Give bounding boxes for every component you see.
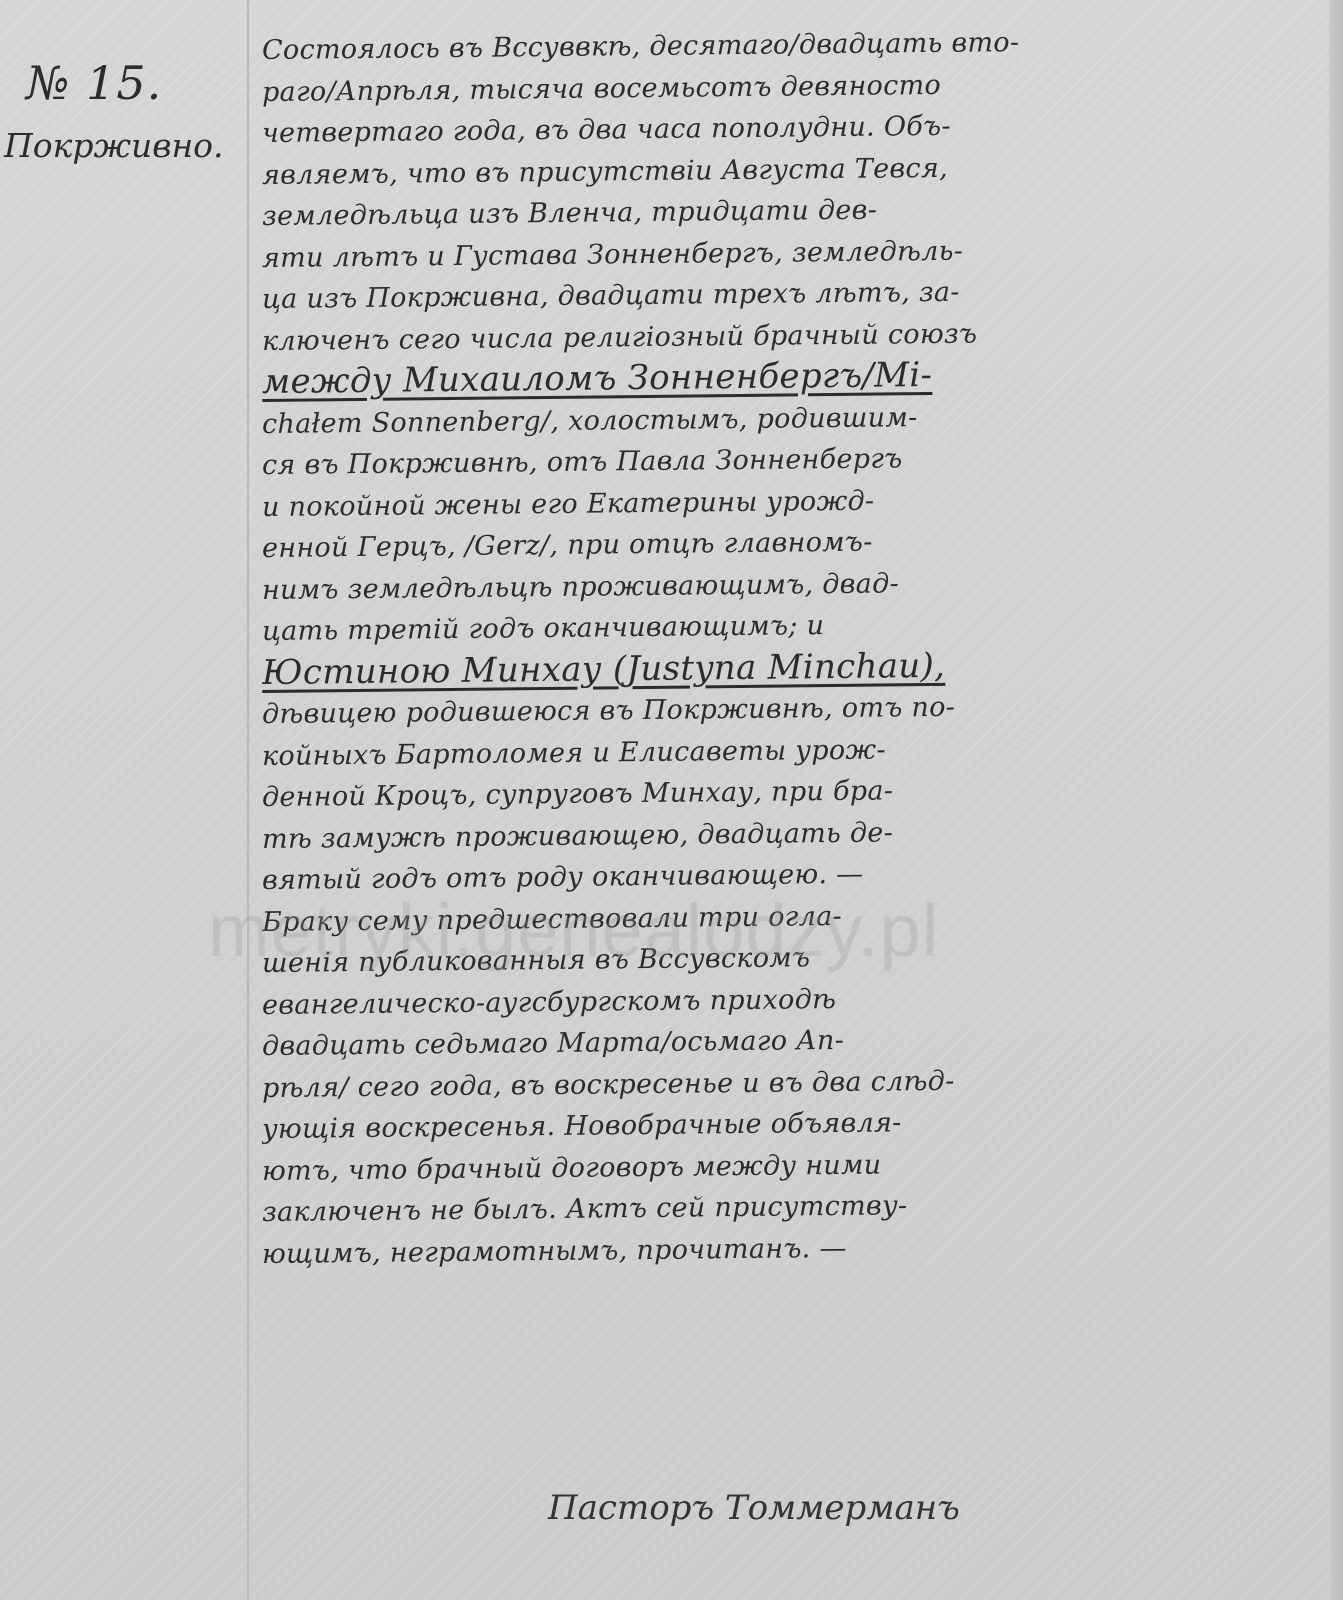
record-body: Состоялось въ Всcуввкѣ, десятаго/двадцат… — [262, 30, 1322, 1275]
record-page: № 15. Покрживно. Состоялось въ Всcуввкѣ,… — [0, 0, 1343, 1600]
page-edge — [1329, 0, 1343, 1600]
pastor-signature: Пасторъ Томмерманъ — [548, 1488, 960, 1528]
entry-number: № 15. — [26, 56, 162, 110]
margin-rule — [247, 0, 249, 1600]
entry-place: Покрживно. — [4, 126, 224, 165]
